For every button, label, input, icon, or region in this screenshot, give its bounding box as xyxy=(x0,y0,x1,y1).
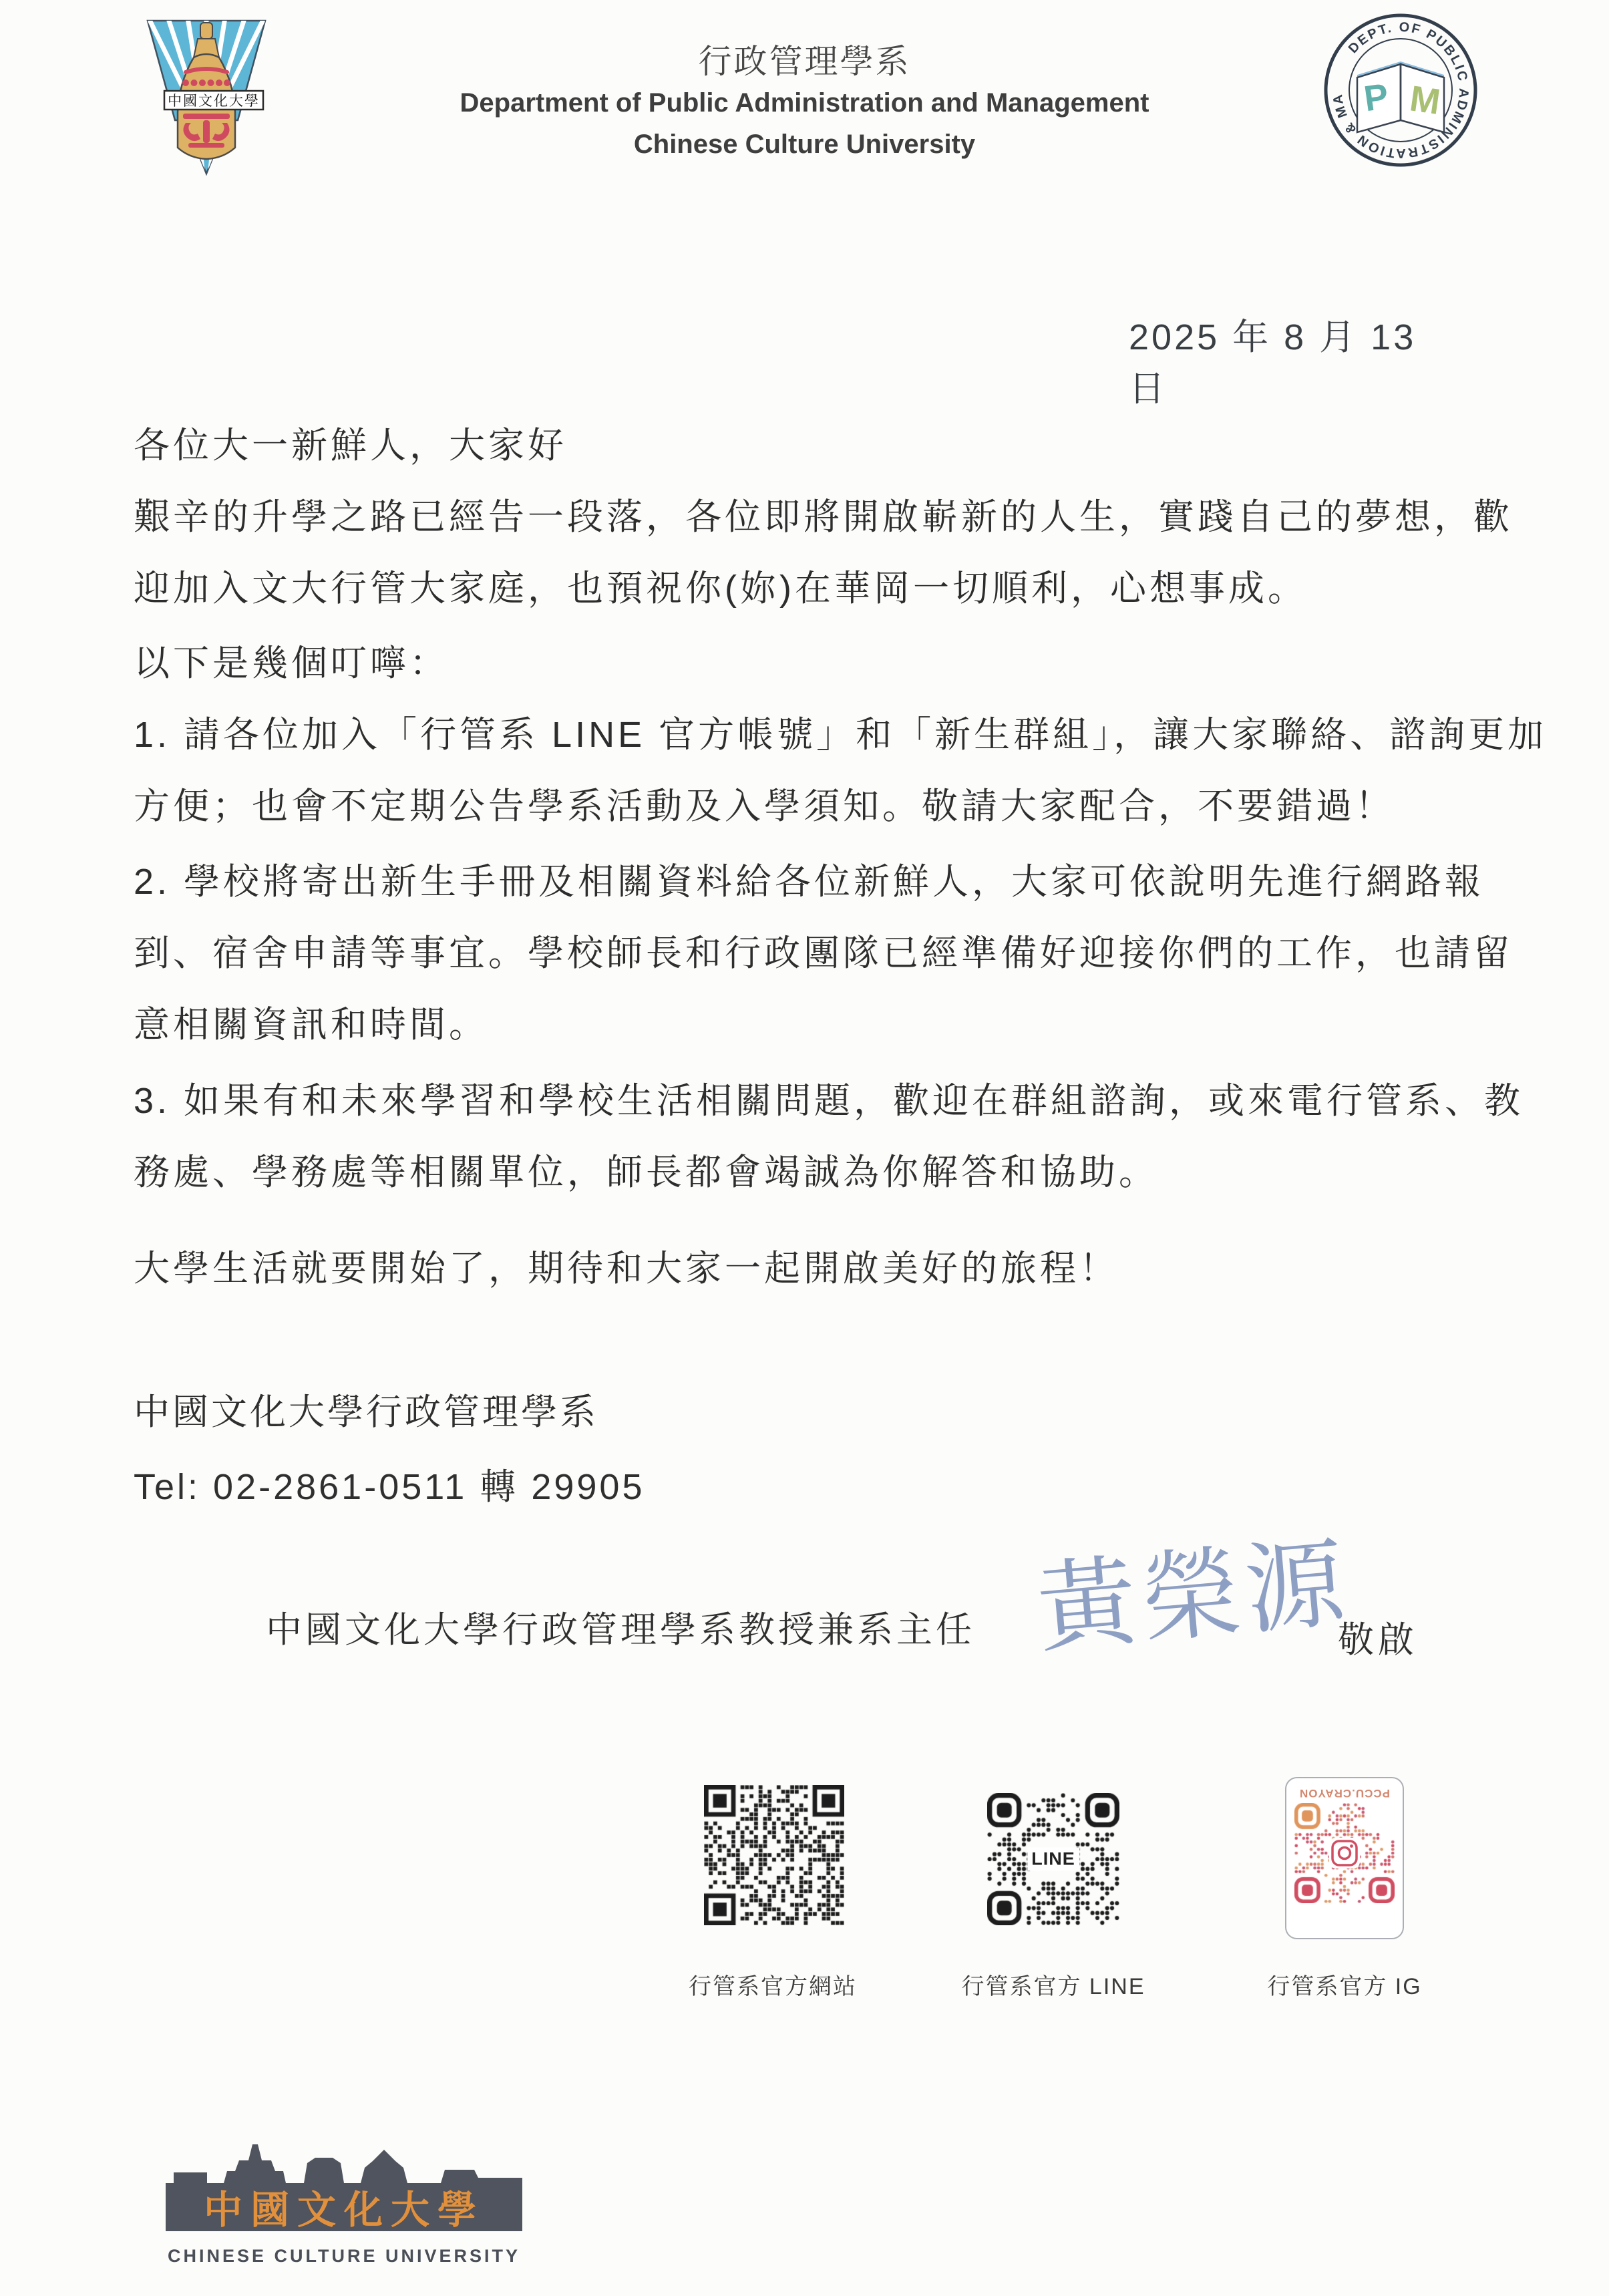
letter-body: 各位大一新鮮人，大家好 艱辛的升學之路已經告一段落，各位即將開啟嶄新的人生，實踐… xyxy=(134,410,1526,1305)
signature-handwriting: 黃榮源 xyxy=(1032,1520,1356,1673)
signoff-suffix: 敬啟 xyxy=(1338,1611,1418,1663)
qr-instagram-zone xyxy=(1294,1803,1395,1903)
qr-code-line: LINE xyxy=(987,1793,1119,1925)
letter-line: 艱辛的升學之路已經告一段落，各位即將開啟嶄新的人生，實踐自己的夢想，歡 xyxy=(134,482,1526,553)
qr-line-center-label: LINE xyxy=(1027,1848,1079,1871)
date-line: 2025 年 8 月 13 日 xyxy=(1129,309,1436,412)
signoff-title: 中國文化大學行政管理學系教授兼系主任 xyxy=(266,1610,975,1650)
letter-closing-line: 大學生活就要開始了，期待和大家一起開啟美好的旅程！ xyxy=(134,1233,1526,1305)
qr-code-website xyxy=(704,1785,844,1925)
qr-caption-instagram: 行管系官方 IG xyxy=(1204,1968,1485,2001)
letter-line: 方便；也會不定期公告學系活動及入學須知。敬請大家配合，不要錯過！ xyxy=(134,771,1526,842)
footer-logo-zh: 中國文化大學 xyxy=(204,2188,484,2232)
letter-line: 意相關資訊和時間。 xyxy=(134,989,1526,1061)
sender-telephone: Tel: 02-2861-0511 轉 29905 xyxy=(134,1450,645,1524)
qr-caption-line: 行管系官方 LINE xyxy=(913,1968,1194,2001)
letter-line: 1. 請各位加入「行管系 LINE 官方帳號」和「新生群組」，讓大家聯絡、諮詢更… xyxy=(134,699,1526,771)
letter-greeting: 各位大一新鮮人，大家好 xyxy=(134,410,1526,482)
letter-line: 2. 學校將寄出新生手冊及相關資料給各位新鮮人，大家可依說明先進行網路報 xyxy=(134,846,1526,918)
letter-line: 以下是幾個叮嚀： xyxy=(134,628,1526,699)
department-seal-logo: DEPT. OF PUBLIC ADMINISTRATION & MANAGEM… xyxy=(1321,11,1480,170)
instagram-handle-text: PCCU.CRAYON xyxy=(1299,1786,1390,1800)
footer-university-logo: 中國文化大學 CHINESE CULTURE UNIVERSITY xyxy=(160,2131,528,2271)
seal-letter-m: M xyxy=(1407,78,1443,122)
sender-block: 中國文化大學行政管理學系 Tel: 02-2861-0511 轉 29905 xyxy=(134,1375,645,1524)
qr-code-instagram-card: PCCU.CRAYON xyxy=(1285,1777,1404,1939)
sender-department: 中國文化大學行政管理學系 xyxy=(134,1375,645,1450)
letter-line: 到、宿舍申請等事宜。學校師長和行政團隊已經準備好迎接你們的工作，也請留 xyxy=(134,918,1526,989)
qr-caption-website: 行管系官方網站 xyxy=(633,1968,913,2001)
letter-line: 務處、學務處等相關單位，師長都會竭誠為你解答和協助。 xyxy=(134,1137,1526,1208)
letter-line: 3. 如果有和未來學習和學校生活相關問題，歡迎在群組諮詢，或來電行管系、教 xyxy=(134,1065,1526,1137)
letter-line: 迎加入文大行管大家庭，也預祝你(妳)在華岡一切順利，心想事成。 xyxy=(134,553,1526,625)
footer-logo-en: CHINESE CULTURE UNIVERSITY xyxy=(168,2246,520,2266)
instagram-camera-icon xyxy=(1329,1838,1360,1868)
letter-page: 中國文化大學 行政管理學系 Department of Public Admin… xyxy=(0,0,1609,2296)
